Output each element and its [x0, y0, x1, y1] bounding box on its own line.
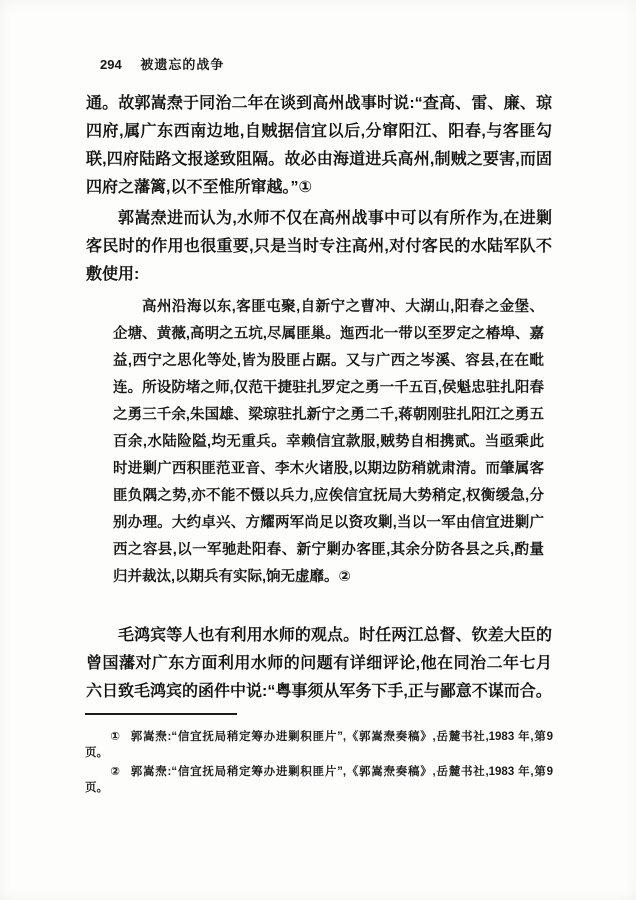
block-quote-memorial: 高州沿海以东,客匪屯聚,自新宁之曹冲、大湖山,阳春之金堡、企塘、黄薇,高明之五坑… [113, 294, 544, 591]
paragraph-continuation: 通。故郭嵩焘于同治二年在谈到高州战事时说:“查高、雷、廉、琼四府,属广东西南边地… [86, 90, 552, 202]
footnote-1-text: 郭嵩焘:“信宜抚局稍定筹办进剿积匪片”,《郭嵩焘奏稿》,岳麓书社,1983 年,… [85, 731, 553, 759]
book-page: 294 被遗忘的战争 通。故郭嵩焘于同治二年在谈到高州战事时说:“查高、雷、廉、… [0, 0, 636, 900]
footnote-separator [85, 713, 237, 715]
running-header: 294 被遗忘的战争 [100, 54, 224, 73]
footnote-1: ①郭嵩焘:“信宜抚局稍定筹办进剿积匪片”,《郭嵩焘奏稿》,岳麓书社,1983 年… [85, 729, 553, 761]
footnote-2: ②郭嵩焘:“信宜抚局稍定筹办进剿积匪片”,《郭嵩焘奏稿》,岳麓书社,1983 年… [85, 764, 553, 796]
footnote-1-marker: ① [110, 731, 121, 743]
paragraph-mao-hongbin: 毛鸿宾等人也有利用水师的观点。时任两江总督、钦差大臣的曾国藩对广东方面利用水师的… [86, 622, 552, 706]
page-number: 294 [100, 57, 122, 72]
paragraph-intro-quote: 郭嵩焘进而认为,水师不仅在高州战事中可以有所作为,在进剿客民时的作用也很重要,只… [86, 205, 552, 289]
book-title: 被遗忘的战争 [140, 57, 224, 72]
footnote-2-marker: ② [110, 766, 121, 778]
footnote-2-text: 郭嵩焘:“信宜抚局稍定筹办进剿积匪片”,《郭嵩焘奏稿》,岳麓书社,1983 年,… [85, 766, 553, 794]
